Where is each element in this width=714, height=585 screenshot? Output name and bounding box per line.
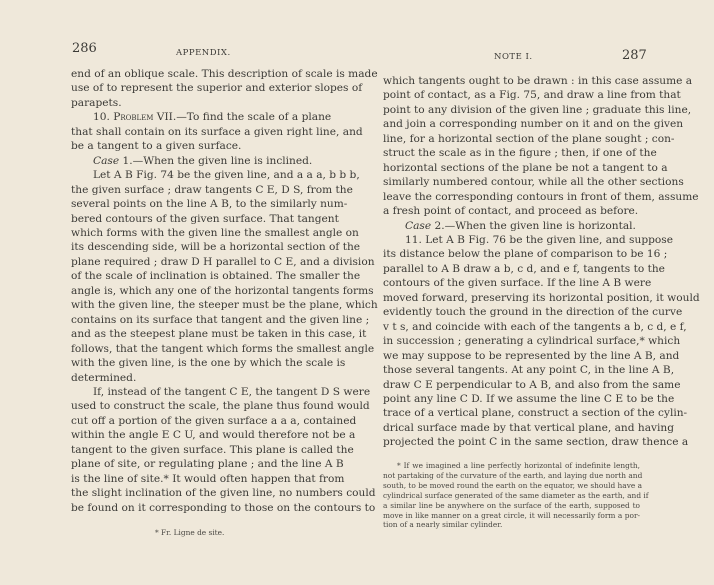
page-number: 286 bbox=[72, 41, 97, 56]
text-line: be found on it corresponding to those on… bbox=[71, 501, 329, 515]
text-line: moved forward, preserving its horizontal… bbox=[383, 291, 640, 305]
text-line: use of to represent the superior and ext… bbox=[71, 81, 329, 95]
footnote-line: move in like manner on a great circle, i… bbox=[383, 511, 640, 521]
text-line: If, instead of the tangent C E, the tang… bbox=[71, 385, 329, 399]
text-line: with the given line, is the one by which… bbox=[71, 356, 329, 370]
text-line: and as the steepest plane must be taken … bbox=[71, 327, 329, 341]
text-line: evidently touch the ground in the direct… bbox=[383, 305, 640, 319]
text-line: we may suppose to be represented by the … bbox=[383, 349, 640, 363]
text-line: point of contact, as a Fig. 75, and draw… bbox=[383, 88, 640, 102]
text-line: leave the corresponding contours in fron… bbox=[383, 190, 640, 204]
text-line: in succession ; generating a cylindrical… bbox=[383, 334, 640, 348]
text-line: within the angle E C U, and would theref… bbox=[71, 428, 329, 442]
text-line: the slight inclination of the given line… bbox=[71, 486, 329, 500]
footnote-line: south, to be moved round the earth on th… bbox=[383, 481, 640, 491]
text-line: 11. Let A B Fig. 76 be the given line, a… bbox=[383, 233, 640, 247]
text-line: several points on the line A B, to the s… bbox=[71, 197, 329, 211]
text-line: trace of a vertical plane, construct a s… bbox=[383, 406, 640, 420]
footnote-line: cylindrical surface generated of the sam… bbox=[383, 491, 640, 501]
text-line: struct the scale as in the figure ; then… bbox=[383, 146, 640, 160]
footnote-line: not partaking of the curvature of the ea… bbox=[383, 471, 640, 481]
text-line: Case 2.—When the given line is horizonta… bbox=[383, 219, 640, 233]
text-line: projected the point C in the same sectio… bbox=[383, 435, 640, 449]
running-head: NOTE I. bbox=[494, 52, 533, 62]
text-line: v t s, and coincide with each of the tan… bbox=[383, 320, 640, 334]
text-line: plane of site, or regulating plane ; and… bbox=[71, 457, 329, 471]
footnote-line: a similar line be anywhere on the surfac… bbox=[383, 501, 640, 511]
text-line: determined. bbox=[71, 371, 329, 385]
text-line: the given surface ; draw tangents C E, D… bbox=[71, 183, 329, 197]
text-line: bered contours of the given surface. Tha… bbox=[71, 212, 329, 226]
text-line: those several tangents. At any point C, … bbox=[383, 363, 640, 377]
text-line: drical surface made by that vertical pla… bbox=[383, 421, 640, 435]
text-line: angle is, which any one of the horizonta… bbox=[71, 284, 329, 298]
text-line: and join a corresponding number on it an… bbox=[383, 117, 640, 131]
body-text: which tangents ought to be drawn : in th… bbox=[383, 74, 640, 450]
text-line: end of an oblique scale. This descriptio… bbox=[71, 67, 329, 81]
body-text: end of an oblique scale. This descriptio… bbox=[71, 67, 329, 515]
text-line: point to any division of the given line … bbox=[383, 103, 640, 117]
text-line: parallel to A B draw a b, c d, and e f, … bbox=[383, 262, 640, 276]
text-line: of the scale of inclination is obtained.… bbox=[71, 269, 329, 283]
left-page: 286 APPENDIX. end of an oblique scale. T… bbox=[0, 0, 357, 585]
text-line: contours of the given surface. If the li… bbox=[383, 276, 640, 290]
text-line: draw C E perpendicular to A B, and also … bbox=[383, 378, 640, 392]
running-head: APPENDIX. bbox=[176, 48, 231, 58]
footnote: * Fr. Ligne de site. bbox=[155, 528, 315, 538]
text-line: 10. Problem VII.—To find the scale of a … bbox=[71, 110, 329, 124]
footnote: * If we imagined a line perfectly horizo… bbox=[383, 461, 640, 530]
text-line: be a tangent to a given surface. bbox=[71, 139, 329, 153]
text-line: line, for a horizontal section of the pl… bbox=[383, 132, 640, 146]
text-line: follows, that the tangent which forms th… bbox=[71, 342, 329, 356]
text-line: its descending side, will be a horizonta… bbox=[71, 240, 329, 254]
text-line: horizontal sections of the plane be not … bbox=[383, 161, 640, 175]
text-line: which tangents ought to be drawn : in th… bbox=[383, 74, 640, 88]
text-line: which forms with the given line the smal… bbox=[71, 226, 329, 240]
text-line: cut off a portion of the given surface a… bbox=[71, 414, 329, 428]
text-line: similarly numbered contour, while all th… bbox=[383, 175, 640, 189]
text-line: plane required ; draw D H parallel to C … bbox=[71, 255, 329, 269]
right-page: NOTE I. 287 which tangents ought to be d… bbox=[357, 0, 714, 585]
text-line: its distance below the plane of comparis… bbox=[383, 247, 640, 261]
text-line: tangent to the given surface. This plane… bbox=[71, 443, 329, 457]
footnote-line: tion of a nearly similar cylinder. bbox=[383, 520, 640, 530]
text-line: is the line of site.* It would often hap… bbox=[71, 472, 329, 486]
text-line: parapets. bbox=[71, 96, 329, 110]
text-line: with the given line, the steeper must be… bbox=[71, 298, 329, 312]
text-line: used to construct the scale, the plane t… bbox=[71, 399, 329, 413]
text-line: Let A B Fig. 74 be the given line, and a… bbox=[71, 168, 329, 182]
page-number: 287 bbox=[622, 48, 647, 63]
text-line: that shall contain on its surface a give… bbox=[71, 125, 329, 139]
text-line: a fresh point of contact, and proceed as… bbox=[383, 204, 640, 218]
text-line: contains on its surface that tangent and… bbox=[71, 313, 329, 327]
text-line: point any line C D. If we assume the lin… bbox=[383, 392, 640, 406]
footnote-line: * If we imagined a line perfectly horizo… bbox=[383, 461, 640, 471]
text-line: Case 1.—When the given line is inclined. bbox=[71, 154, 329, 168]
